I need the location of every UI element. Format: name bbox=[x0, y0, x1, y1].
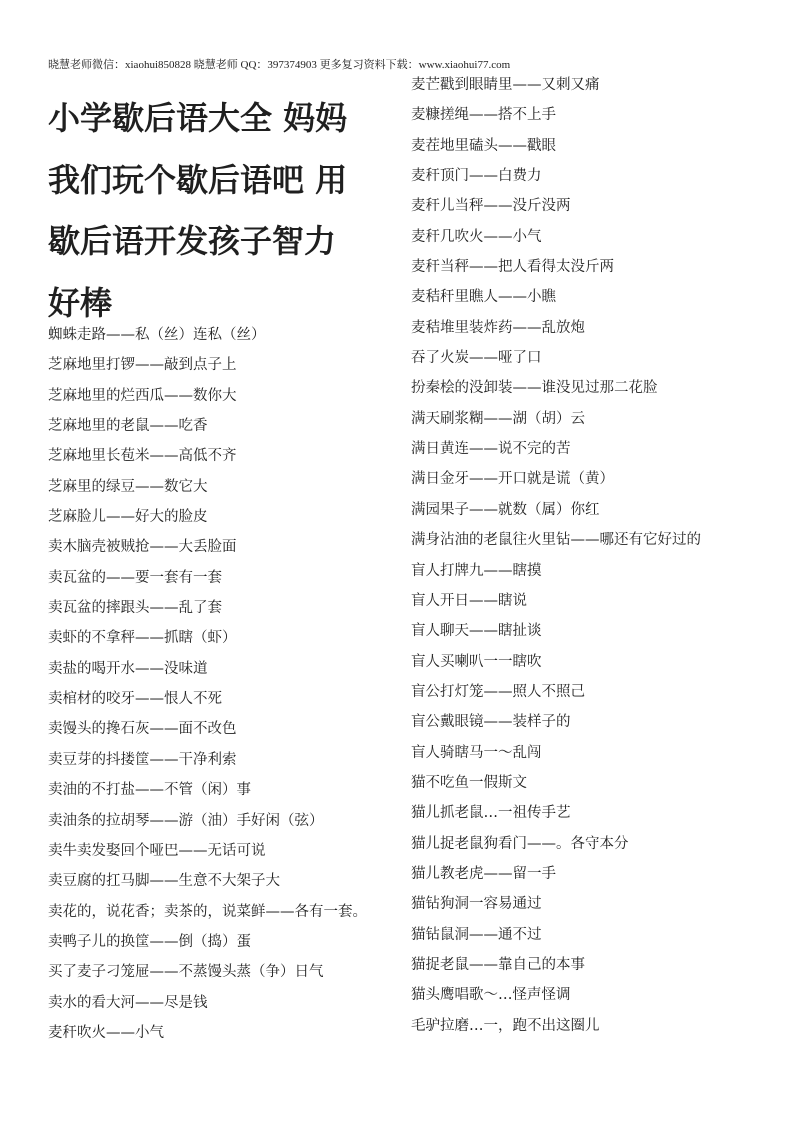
list-item: 麦芒戳到眼睛里——又刺又痛 bbox=[411, 74, 701, 104]
list-item: 芝麻地里的老鼠——吃香 bbox=[48, 415, 367, 445]
list-item: 麦秆儿当秤——没斤没两 bbox=[411, 195, 701, 225]
list-item: 猫儿教老虎——留一手 bbox=[411, 863, 701, 893]
list-item: 盲人聊天——瞎扯谈 bbox=[411, 620, 701, 650]
list-item: 盲人买喇叭一一瞎吹 bbox=[411, 651, 701, 681]
list-item: 猫捉老鼠——靠自己的本事 bbox=[411, 954, 701, 984]
list-item: 盲人打牌九——瞎摸 bbox=[411, 560, 701, 590]
list-item: 满天刷浆糊——湖（胡）云 bbox=[411, 408, 701, 438]
list-item: 蜘蛛走路——私（丝）连私（丝） bbox=[48, 324, 367, 354]
list-item: 麦糠搓绳——搭不上手 bbox=[411, 104, 701, 134]
list-item: 芝麻地里打锣——敲到点子上 bbox=[48, 354, 367, 384]
list-item: 扮秦桧的没卸装——谁没见过那二花脸 bbox=[411, 377, 701, 407]
list-item: 卖木脑壳被贼抢——大丢脸面 bbox=[48, 536, 367, 566]
list-item: 盲人骑瞎马一～乱闯 bbox=[411, 742, 701, 772]
list-item: 麦秸秆里瞧人——小瞧 bbox=[411, 286, 701, 316]
list-item: 吞了火炭——哑了口 bbox=[411, 347, 701, 377]
title-line: 歇后语开发孩子智力 bbox=[48, 211, 388, 273]
title-line: 小学歇后语大全 妈妈 bbox=[48, 88, 388, 150]
list-item: 麦秆吹火——小气 bbox=[48, 1022, 367, 1052]
list-item: 卖馒头的搀石灰——面不改色 bbox=[48, 718, 367, 748]
list-item: 卖瓦盆的——要一套有一套 bbox=[48, 567, 367, 597]
list-item: 卖盐的喝开水——没味道 bbox=[48, 658, 367, 688]
list-item: 盲公打灯笼——照人不照己 bbox=[411, 681, 701, 711]
list-item: 麦秸堆里装炸药——乱放炮 bbox=[411, 317, 701, 347]
list-item: 猫钻狗洞一容易通过 bbox=[411, 893, 701, 923]
title-line: 我们玩个歇后语吧 用 bbox=[48, 150, 388, 212]
list-item: 猫不吃鱼一假斯文 bbox=[411, 772, 701, 802]
list-item: 卖豆芽的抖搂筐——干净利索 bbox=[48, 749, 367, 779]
list-item: 满身沾油的老鼠往火里钻——哪还有它好过的 bbox=[411, 529, 701, 559]
list-item: 麦茬地里磕头——戳眼 bbox=[411, 135, 701, 165]
list-item: 芝麻里的绿豆——数它大 bbox=[48, 476, 367, 506]
list-item: 麦秆顶门——白费力 bbox=[411, 165, 701, 195]
list-item: 猫儿捉老鼠狗看门——。各守本分 bbox=[411, 833, 701, 863]
list-item: 卖棺材的咬牙——恨人不死 bbox=[48, 688, 367, 718]
list-item: 满园果子——就数（属）你红 bbox=[411, 499, 701, 529]
list-item: 卖油条的拉胡琴——游（油）手好闲（弦） bbox=[48, 810, 367, 840]
list-item: 卖虾的不拿秤——抓瞎（虾） bbox=[48, 627, 367, 657]
list-item: 猫钻鼠洞——通不过 bbox=[411, 924, 701, 954]
list-item: 满日黄连——说不完的苦 bbox=[411, 438, 701, 468]
list-item: 猫头鹰唱歌～…怪声怪调 bbox=[411, 984, 701, 1014]
list-item: 芝麻地里长苞米——高低不齐 bbox=[48, 445, 367, 475]
list-item: 满日金牙——开口就是谎（黄） bbox=[411, 468, 701, 498]
list-item: 卖花的，说花香；卖茶的，说菜鲜——各有一套。 bbox=[48, 901, 367, 931]
left-column-list: 蜘蛛走路——私（丝）连私（丝） 芝麻地里打锣——敲到点子上 芝麻地里的烂西瓜——… bbox=[48, 324, 367, 1052]
list-item: 卖豆腐的扛马脚——生意不大架子大 bbox=[48, 870, 367, 900]
page-header: 晓慧老师微信：xiaohui850828 晓慧老师 QQ：397374903 更… bbox=[48, 58, 510, 72]
list-item: 麦秆当秤——把人看得太没斤两 bbox=[411, 256, 701, 286]
list-item: 卖水的看大河——尽是钱 bbox=[48, 992, 367, 1022]
list-item: 盲人开日——瞎说 bbox=[411, 590, 701, 620]
list-item: 猫儿抓老鼠…一祖传手艺 bbox=[411, 802, 701, 832]
right-column-list: 麦芒戳到眼睛里——又刺又痛 麦糠搓绳——搭不上手 麦茬地里磕头——戳眼 麦秆顶门… bbox=[411, 74, 701, 1045]
list-item: 毛驴拉磨…一，跑不出这圈儿 bbox=[411, 1015, 701, 1045]
list-item: 卖鸭子儿的换筐——倒（捣）蛋 bbox=[48, 931, 367, 961]
list-item: 卖牛卖发娶回个哑巴——无话可说 bbox=[48, 840, 367, 870]
list-item: 盲公戴眼镜——装样子的 bbox=[411, 711, 701, 741]
list-item: 麦秆几吹火——小气 bbox=[411, 226, 701, 256]
list-item: 卖油的不打盐——不管（闲）事 bbox=[48, 779, 367, 809]
list-item: 买了麦子刁笼屉——不蒸馒头蒸（争）日气 bbox=[48, 961, 367, 991]
document-title: 小学歇后语大全 妈妈 我们玩个歇后语吧 用 歇后语开发孩子智力 好棒 bbox=[48, 88, 388, 334]
list-item: 芝麻脸儿——好大的脸皮 bbox=[48, 506, 367, 536]
list-item: 卖瓦盆的摔跟头——乱了套 bbox=[48, 597, 367, 627]
list-item: 芝麻地里的烂西瓜——数你大 bbox=[48, 385, 367, 415]
